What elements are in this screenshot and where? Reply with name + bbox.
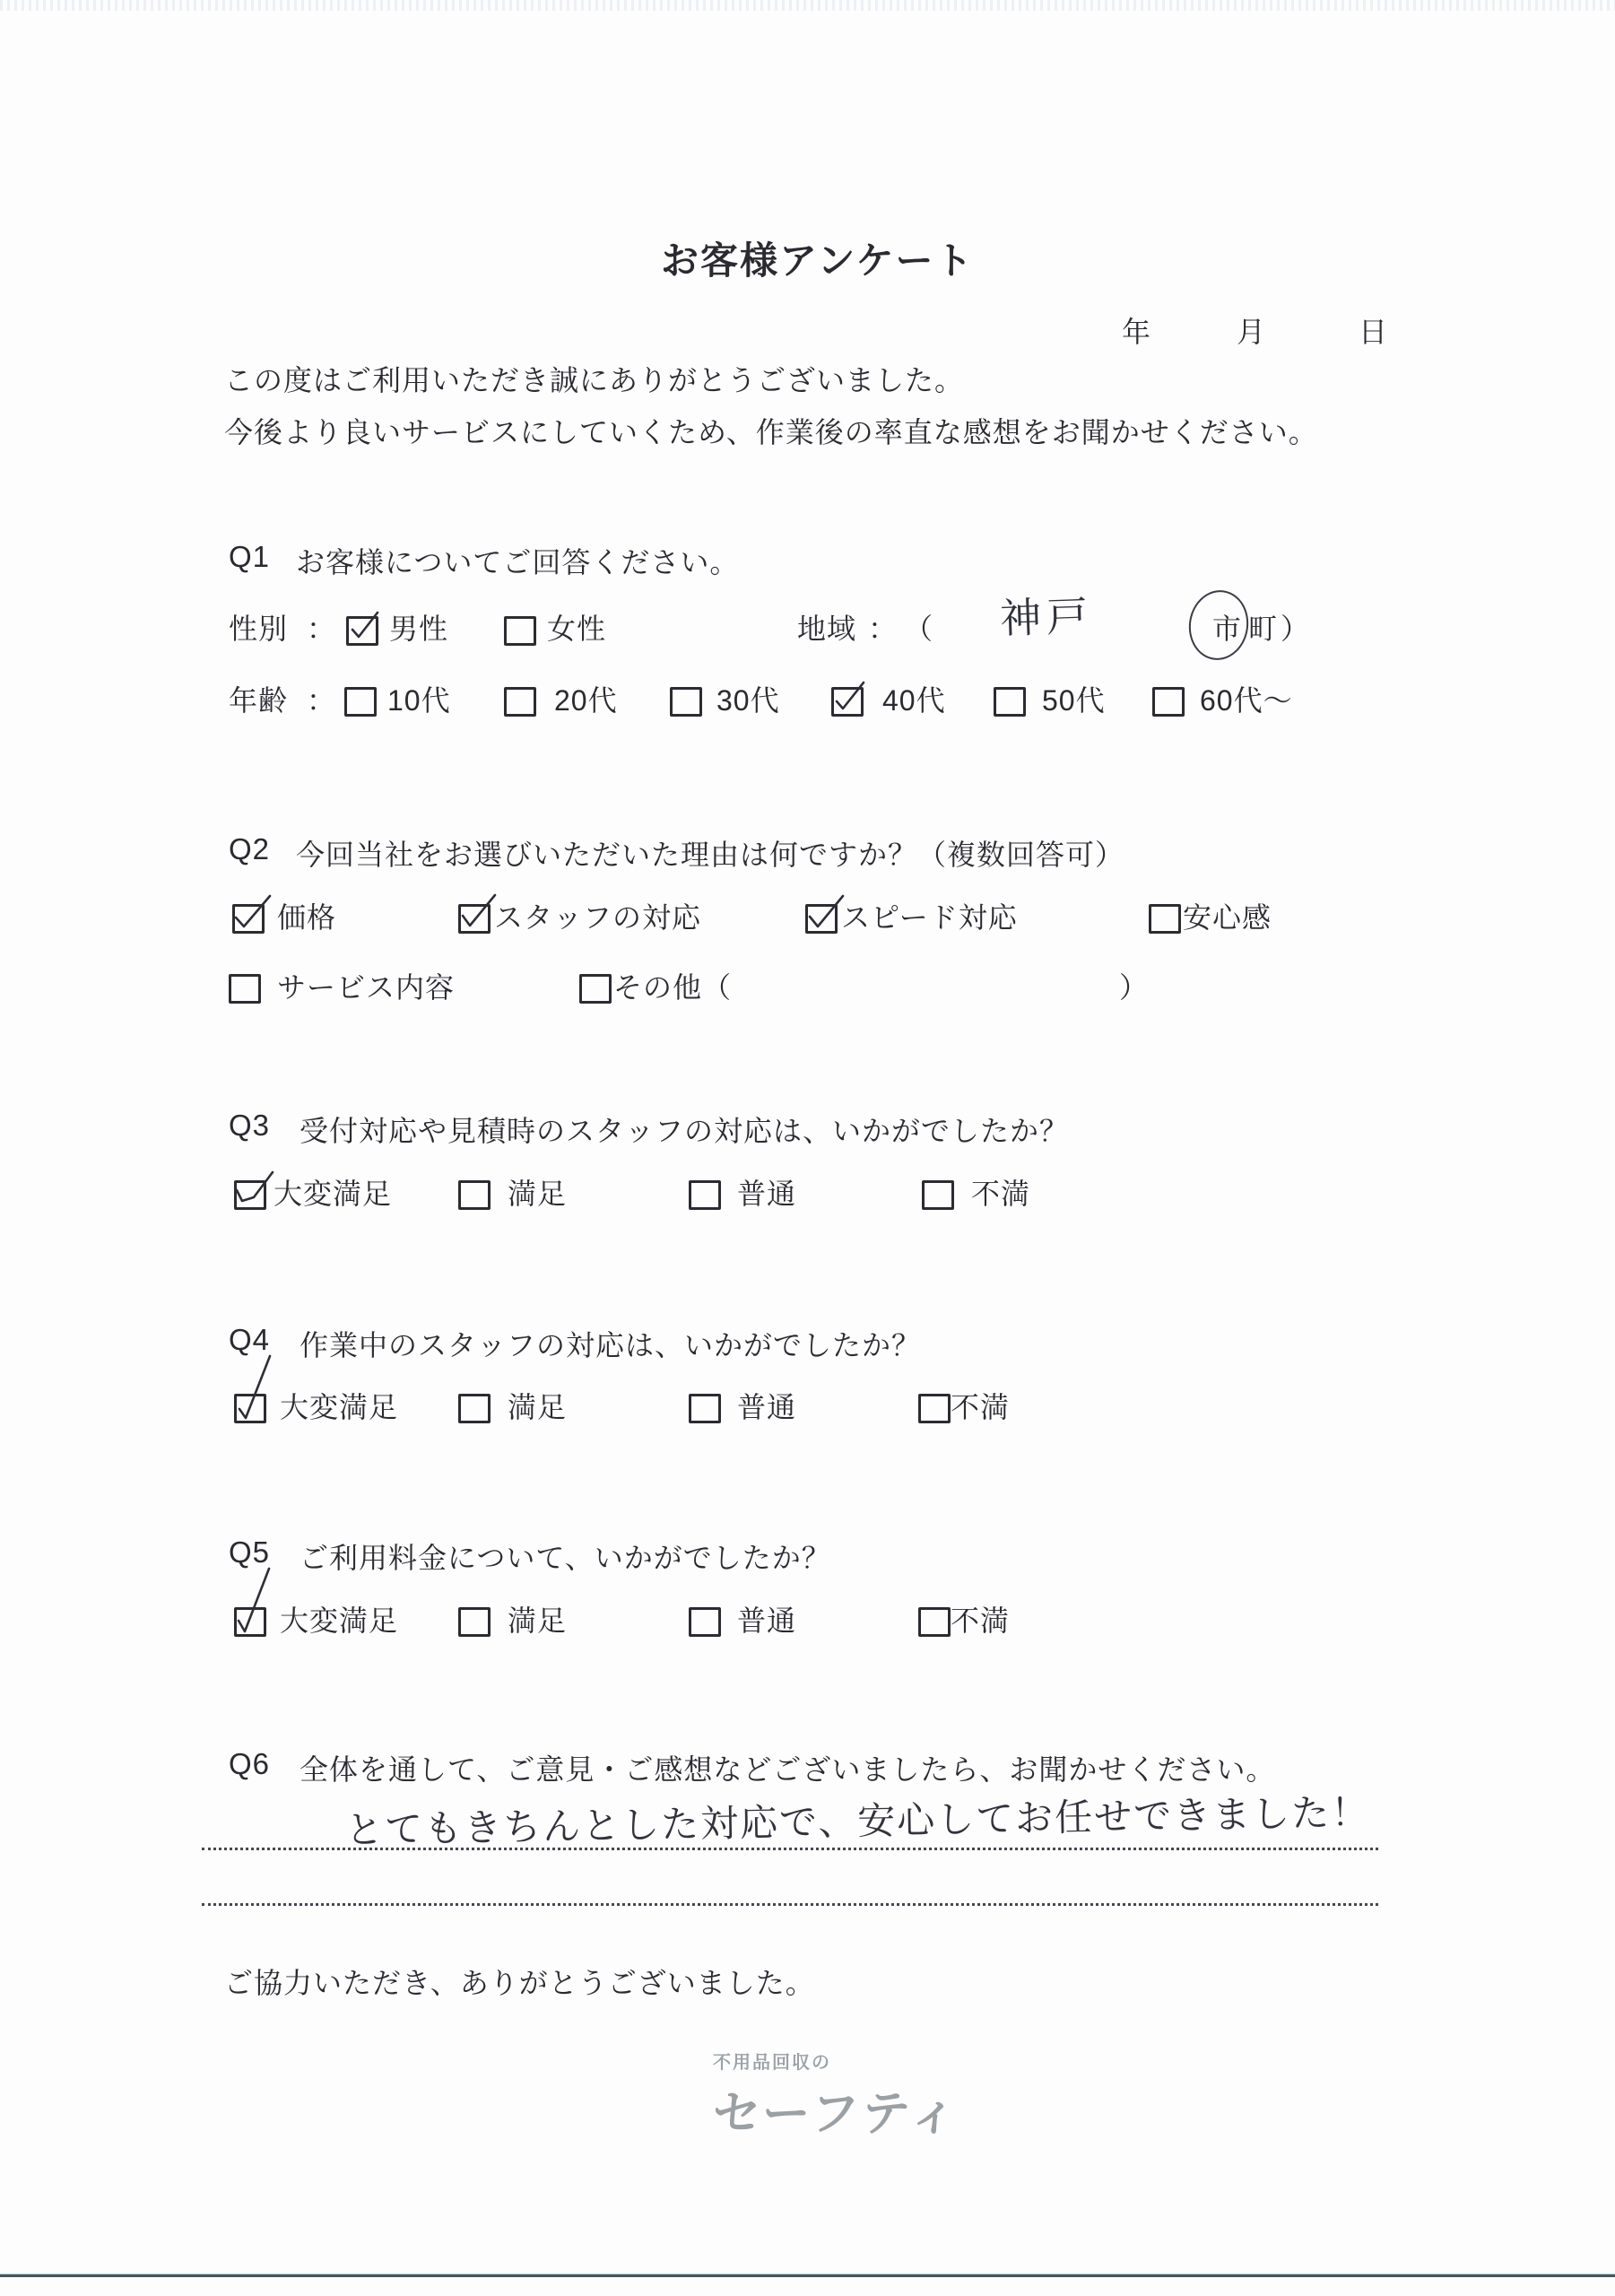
q5-text: ご利用料金について、いかがでしたか？ <box>300 1535 831 1577</box>
q2-other-close-paren: ） <box>1119 970 1149 1004</box>
logo-tagline: 不用品回収の <box>713 2048 960 2074</box>
checkbox-q2-staff <box>458 904 491 934</box>
checkbox-q3-very-satisfied <box>234 1180 266 1210</box>
age-option-label-60s: 60代～ <box>1200 683 1293 717</box>
q3-option-label-neutral: 普通 <box>737 1177 796 1211</box>
scanned-survey-page: お客様アンケート 年 月 日 この度はご利用いただき誠にありがとうございました。… <box>0 0 1615 2296</box>
age-option-label-30s: 30代 <box>716 683 780 717</box>
region-close-paren: ） <box>1281 612 1310 646</box>
checkbox-q2-speed <box>805 904 838 934</box>
q6-handwritten-answer: とてもきちんとした対応で、安心してお任せできました！ <box>345 1783 1371 1855</box>
q4-option-label-neutral: 普通 <box>737 1390 796 1424</box>
q5-option-label-dissatisfied: 不満 <box>951 1604 1010 1638</box>
gender-option-label-female: 女性 <box>547 612 606 646</box>
q1-number: Q1 <box>229 540 270 574</box>
region-unit-town: 町 <box>1248 612 1278 646</box>
checkbox-q4-very-satisfied <box>234 1394 266 1423</box>
checkbox-age-50s <box>994 687 1026 717</box>
date-day-label: 日 <box>1359 309 1387 351</box>
checkbox-age-10s <box>344 687 377 717</box>
handwritten-check-mark <box>233 1565 273 1635</box>
checkbox-q5-dissatisfied <box>918 1607 951 1637</box>
answer-line-2 <box>202 1903 1378 1906</box>
gender-option-label-male: 男性 <box>389 612 448 646</box>
region-handwritten-value: 神戸 <box>999 583 1094 646</box>
gender-label: 性別 <box>229 612 288 646</box>
date-year-label: 年 <box>1122 309 1150 351</box>
scan-edge-line-dark <box>0 2274 1615 2277</box>
checkbox-q4-dissatisfied <box>918 1394 951 1423</box>
q3-text: 受付対応や見積時のスタッフの対応は、いかがでしたか？ <box>300 1109 1069 1150</box>
handwritten-check-mark <box>233 1352 273 1422</box>
q2-option-label-service: サービス内容 <box>277 970 455 1004</box>
checkbox-age-20s <box>504 687 536 717</box>
q3-number: Q3 <box>229 1109 270 1143</box>
company-logo: 不用品回収の セーフティ <box>713 2048 960 2144</box>
checkbox-q4-satisfied <box>458 1394 491 1423</box>
region-label: 地域 <box>797 612 856 646</box>
q2-option-label-staff: スタッフの対応 <box>494 900 701 935</box>
region-open-paren: （ <box>904 612 933 646</box>
answer-line-1 <box>202 1848 1378 1850</box>
q6-number: Q6 <box>229 1747 270 1781</box>
checkbox-age-30s <box>670 687 702 717</box>
q3-option-label-dissatisfied: 不満 <box>971 1177 1030 1211</box>
q3-option-label-very-satisfied: 大変満足 <box>274 1177 392 1211</box>
q2-option-label-speed: スピード対応 <box>841 900 1018 935</box>
handwritten-check-mark <box>347 610 381 642</box>
q3-option-label-satisfied: 満足 <box>508 1177 567 1211</box>
q2-number: Q2 <box>229 832 270 866</box>
scan-noise-edge <box>0 0 1615 11</box>
gender-colon: ： <box>307 612 336 646</box>
q1-text: お客様についてご回答ください。 <box>296 540 739 581</box>
checkbox-q2-price <box>232 904 265 934</box>
handwritten-check-mark <box>232 892 274 932</box>
checkbox-q3-satisfied <box>458 1180 491 1210</box>
checkbox-q4-neutral <box>689 1394 721 1423</box>
age-option-label-40s: 40代 <box>882 683 946 717</box>
checkbox-q2-service <box>229 974 261 1004</box>
checkbox-q5-neutral <box>689 1607 721 1637</box>
age-option-label-50s: 50代 <box>1042 683 1106 717</box>
q2-option-label-security: 安心感 <box>1183 900 1272 935</box>
q4-option-label-very-satisfied: 大変満足 <box>280 1390 398 1424</box>
checkbox-gender-female <box>504 616 536 646</box>
age-option-label-20s: 20代 <box>554 683 618 717</box>
checkbox-q5-very-satisfied <box>234 1607 266 1637</box>
q5-option-label-very-satisfied: 大変満足 <box>280 1604 398 1638</box>
checkbox-age-60s <box>1152 687 1185 717</box>
region-colon: ： <box>868 612 898 646</box>
q4-option-label-dissatisfied: 不満 <box>951 1390 1010 1424</box>
q6-text: 全体を通して、ご意見・ご感想などございましたら、お聞かせください。 <box>300 1747 1275 1788</box>
checkbox-q3-neutral <box>689 1180 721 1210</box>
logo-name: セーフティ <box>710 2075 962 2144</box>
page-title: お客様アンケート <box>661 231 974 285</box>
intro-line-2: 今後より良いサービスにしていくため、作業後の率直な感想をお聞かせください。 <box>224 415 1318 449</box>
handwritten-check-mark <box>832 681 866 713</box>
region-unit-city: 市 <box>1212 612 1242 646</box>
q2-option-label-price: 価格 <box>277 900 336 935</box>
checkbox-gender-male <box>346 616 378 646</box>
checkbox-q2-security <box>1149 904 1181 934</box>
checkbox-q5-satisfied <box>458 1607 491 1637</box>
handwritten-check-mark <box>234 1169 275 1208</box>
checkbox-q3-dissatisfied <box>922 1180 954 1210</box>
q2-option-label-other: その他（ <box>613 970 732 1004</box>
checkbox-age-40s <box>831 687 864 717</box>
closing-text: ご協力いただき、ありがとうございました。 <box>224 1966 815 2000</box>
q4-option-label-satisfied: 満足 <box>508 1390 567 1424</box>
age-option-label-10s: 10代 <box>387 683 451 717</box>
age-label: 年齢 <box>229 683 288 717</box>
q2-text: 今回当社をお選びいただいた理由は何ですか？（複数回答可） <box>296 832 1124 874</box>
checkbox-q2-other <box>579 974 612 1004</box>
q5-option-label-neutral: 普通 <box>737 1604 796 1638</box>
date-month-label: 月 <box>1237 309 1265 351</box>
age-colon: ： <box>307 683 336 717</box>
q4-text: 作業中のスタッフの対応は、いかがでしたか？ <box>300 1323 921 1364</box>
intro-line-1: この度はご利用いただき誠にありがとうございました。 <box>224 363 964 397</box>
q5-option-label-satisfied: 満足 <box>508 1604 567 1638</box>
